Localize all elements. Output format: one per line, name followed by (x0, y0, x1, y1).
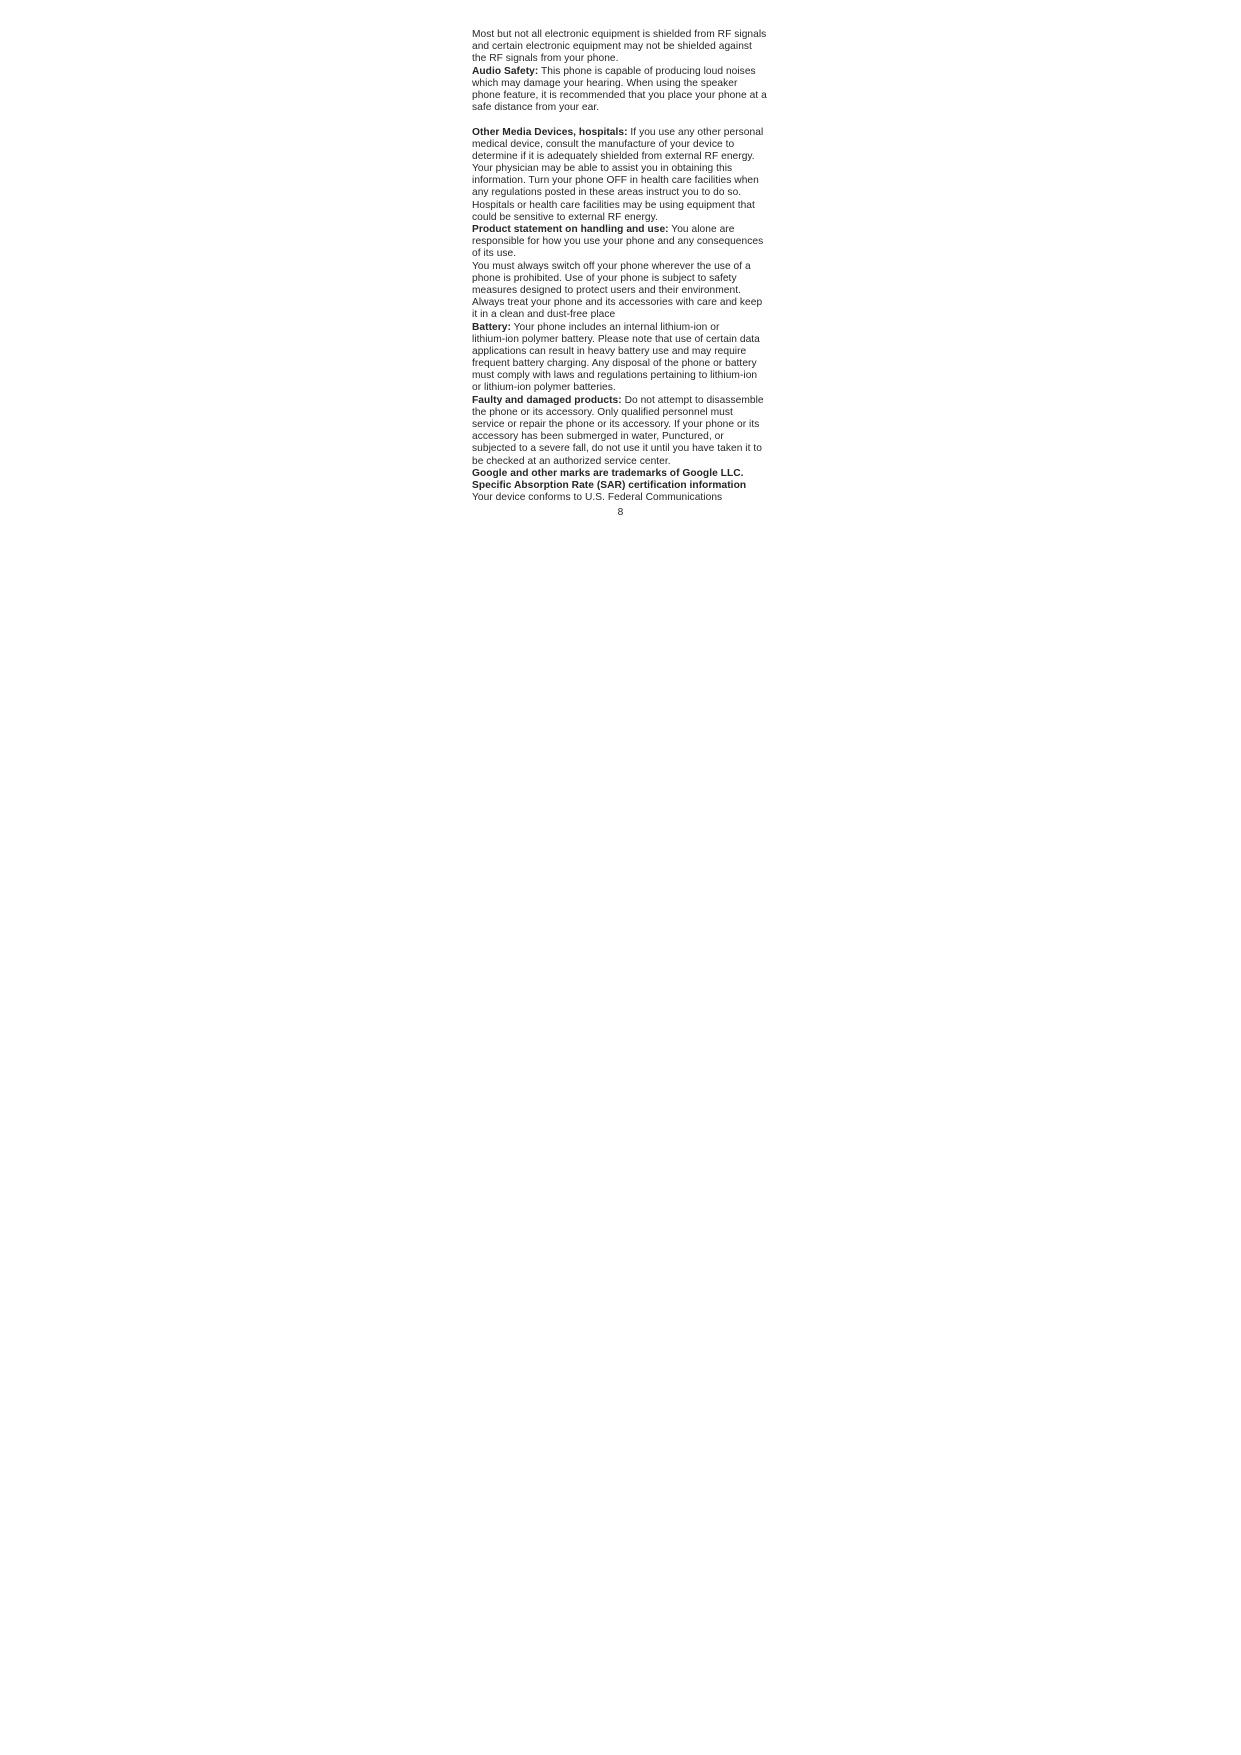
text-line-segment: Your phone includes an internal lithium-… (511, 322, 720, 333)
text-line: Product statement on handling and use: Y… (472, 224, 767, 236)
text-line-segment: it in a clean and dust-free place (472, 309, 615, 320)
text-line: Other Media Devices, hospitals: If you u… (472, 127, 767, 139)
text-line-segment: medical device, consult the manufacture … (472, 139, 734, 150)
text-line: applications can result in heavy battery… (472, 346, 767, 358)
blank-line (472, 114, 767, 126)
text-line-segment: Hospitals or health care facilities may … (472, 200, 755, 211)
page-number: 8 (0, 507, 1241, 519)
text-line: or lithium-ion polymer batteries. (472, 382, 767, 394)
text-line: phone is prohibited. Use of your phone i… (472, 273, 767, 285)
text-line: of its use. (472, 248, 767, 260)
text-line: determine if it is adequately shielded f… (472, 151, 767, 163)
text-line: any regulations posted in these areas in… (472, 187, 767, 199)
text-line: the RF signals from your phone. (472, 53, 767, 65)
text-line: Faulty and damaged products: Do not atte… (472, 395, 767, 407)
text-line: Hospitals or health care facilities may … (472, 200, 767, 212)
text-line: frequent battery charging. Any disposal … (472, 358, 767, 370)
text-line: Specific Absorption Rate (SAR) certifica… (472, 480, 767, 492)
text-line-segment: which may damage your hearing. When usin… (472, 78, 737, 89)
text-line: which may damage your hearing. When usin… (472, 78, 767, 90)
text-line-segment: service or repair the phone or its acces… (472, 419, 759, 430)
text-line-segment: the RF signals from your phone. (472, 53, 619, 64)
text-line-segment: could be sensitive to external RF energy… (472, 212, 658, 223)
text-line-segment: phone feature, it is recommended that yo… (472, 90, 767, 101)
text-line-bold-segment: Audio Safety: (472, 66, 538, 77)
text-line-bold-segment: Google and other marks are trademarks of… (472, 468, 744, 479)
text-line: Most but not all electronic equipment is… (472, 29, 767, 41)
text-line-segment: information. Turn your phone OFF in heal… (472, 175, 759, 186)
text-line: the phone or its accessory. Only qualifi… (472, 407, 767, 419)
text-line-segment: or lithium-ion polymer batteries. (472, 382, 616, 393)
text-line-bold-segment: Product statement on handling and use: (472, 224, 669, 235)
text-line-bold-segment: Faulty and damaged products: (472, 395, 622, 406)
text-line-segment: You alone are (669, 224, 735, 235)
text-line: You must always switch off your phone wh… (472, 261, 767, 273)
text-line: service or repair the phone or its acces… (472, 419, 767, 431)
text-line: Your device conforms to U.S. Federal Com… (472, 492, 767, 504)
body-text: Most but not all electronic equipment is… (472, 29, 767, 504)
text-line: Audio Safety: This phone is capable of p… (472, 66, 767, 78)
text-line: information. Turn your phone OFF in heal… (472, 175, 767, 187)
text-line: be checked at an authorized service cent… (472, 456, 767, 468)
text-line: accessory has been submerged in water, P… (472, 431, 767, 443)
text-line-segment: must comply with laws and regulations pe… (472, 370, 757, 381)
text-line-segment: safe distance from your ear. (472, 102, 599, 113)
text-line-bold-segment: Battery: (472, 322, 511, 333)
text-line-segment: This phone is capable of producing loud … (538, 66, 755, 77)
text-line: Battery: Your phone includes an internal… (472, 322, 767, 334)
text-line-segment: any regulations posted in these areas in… (472, 187, 741, 198)
text-line-segment: Always treat your phone and its accessor… (472, 297, 762, 308)
text-line-segment: Your physician may be able to assist you… (472, 163, 732, 174)
text-line: subjected to a severe fall, do not use i… (472, 443, 767, 455)
text-line-segment: phone is prohibited. Use of your phone i… (472, 273, 737, 284)
text-line-segment: accessory has been submerged in water, P… (472, 431, 724, 442)
text-line: it in a clean and dust-free place (472, 309, 767, 321)
text-line: Always treat your phone and its accessor… (472, 297, 767, 309)
text-line-segment: of its use. (472, 248, 516, 259)
text-line-segment: be checked at an authorized service cent… (472, 456, 671, 467)
text-line: measures designed to protect users and t… (472, 285, 767, 297)
text-line-segment: applications can result in heavy battery… (472, 346, 746, 357)
text-line-segment: determine if it is adequately shielded f… (472, 151, 755, 162)
text-line: safe distance from your ear. (472, 102, 767, 114)
text-line-segment: measures designed to protect users and t… (472, 285, 741, 296)
text-line-segment: responsible for how you use your phone a… (472, 236, 763, 247)
text-line: could be sensitive to external RF energy… (472, 212, 767, 224)
text-line-segment: subjected to a severe fall, do not use i… (472, 443, 762, 454)
text-line: phone feature, it is recommended that yo… (472, 90, 767, 102)
text-line: and certain electronic equipment may not… (472, 41, 767, 53)
text-line-bold-segment: Other Media Devices, hospitals: (472, 127, 628, 138)
document-page: Most but not all electronic equipment is… (0, 0, 1241, 1755)
text-line-segment: If you use any other personal (628, 127, 764, 138)
text-line: responsible for how you use your phone a… (472, 236, 767, 248)
text-line-bold-segment: Specific Absorption Rate (SAR) certifica… (472, 480, 746, 491)
text-line: lithium-ion polymer battery. Please note… (472, 334, 767, 346)
text-line-segment: You must always switch off your phone wh… (472, 261, 751, 272)
text-line-segment: and certain electronic equipment may not… (472, 41, 752, 52)
text-line-segment: Most but not all electronic equipment is… (472, 29, 766, 40)
text-line-segment: the phone or its accessory. Only qualifi… (472, 407, 733, 418)
text-line-segment: frequent battery charging. Any disposal … (472, 358, 757, 369)
text-line: Google and other marks are trademarks of… (472, 468, 767, 480)
text-line-segment: lithium-ion polymer battery. Please note… (472, 334, 760, 345)
text-line-segment: Your device conforms to U.S. Federal Com… (472, 492, 722, 503)
text-line: Your physician may be able to assist you… (472, 163, 767, 175)
text-line: medical device, consult the manufacture … (472, 139, 767, 151)
text-line-segment: Do not attempt to disassemble (622, 395, 764, 406)
text-line: must comply with laws and regulations pe… (472, 370, 767, 382)
